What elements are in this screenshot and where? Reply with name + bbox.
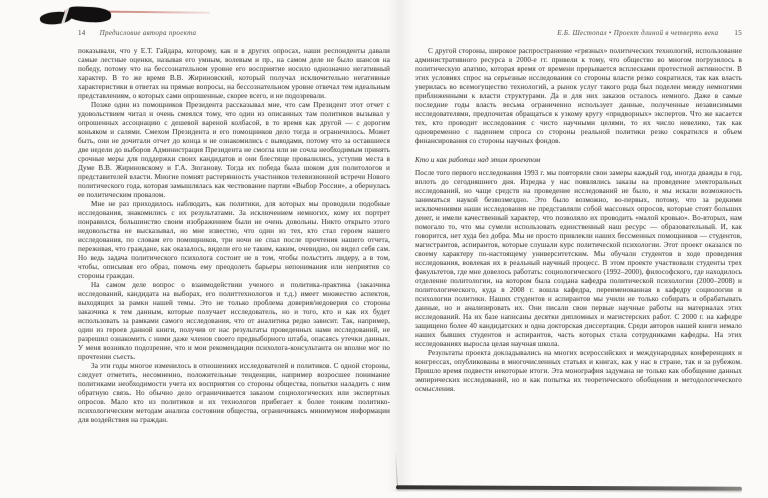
page-gutter-shadow	[386, 0, 414, 492]
right-page: Е.Б. Шестопал • Проект длиной в четверть…	[415, 29, 742, 394]
book-bottom-edge-shadow	[396, 485, 742, 490]
scan-artifact	[40, 4, 210, 26]
dark-blob-highlight	[61, 6, 69, 24]
dark-blob-artifact	[66, 6, 111, 23]
body-paragraph: После того первого исследования 1993 г. …	[415, 169, 742, 349]
left-page-body: показывали, что у Е.Т. Гайдара, которому…	[78, 47, 390, 425]
body-paragraph: Позже один из помощников Президента расс…	[78, 101, 390, 200]
left-page: 14 Предисловие автора проекта показывали…	[78, 29, 390, 425]
right-running-header: Е.Б. Шестопал • Проект длиной в четверть…	[415, 29, 742, 37]
left-running-header: 14 Предисловие автора проекта	[78, 29, 390, 37]
right-running-header-title: Е.Б. Шестопал • Проект длиной в четверть…	[557, 29, 718, 37]
section-heading: Кто и как работал над этим проектом	[415, 155, 742, 164]
body-paragraph: Мне не раз приходилось наблюдать, как по…	[78, 200, 390, 281]
left-running-header-title: Предисловие автора проекта	[100, 29, 197, 37]
body-paragraph: С другой стороны, широкое распространени…	[415, 47, 742, 146]
body-paragraph: За эти годы многое изменилось в отношени…	[78, 362, 390, 425]
left-page-number: 14	[78, 29, 86, 37]
right-page-body: С другой стороны, широкое распространени…	[415, 47, 742, 394]
body-paragraph: Результаты проекта докладывались на мног…	[415, 349, 742, 394]
book-spread-scan: 14 Предисловие автора проекта показывали…	[0, 0, 768, 498]
body-paragraph: показывали, что у Е.Т. Гайдара, которому…	[78, 47, 390, 101]
red-thread-artifact	[64, 10, 210, 13]
page-inner-edge-line	[395, 451, 398, 487]
right-page-number: 15	[734, 29, 742, 37]
body-paragraph: На самом деле вопрос о взаимодействии уч…	[78, 281, 390, 362]
dark-blob-artifact	[39, 10, 72, 26]
